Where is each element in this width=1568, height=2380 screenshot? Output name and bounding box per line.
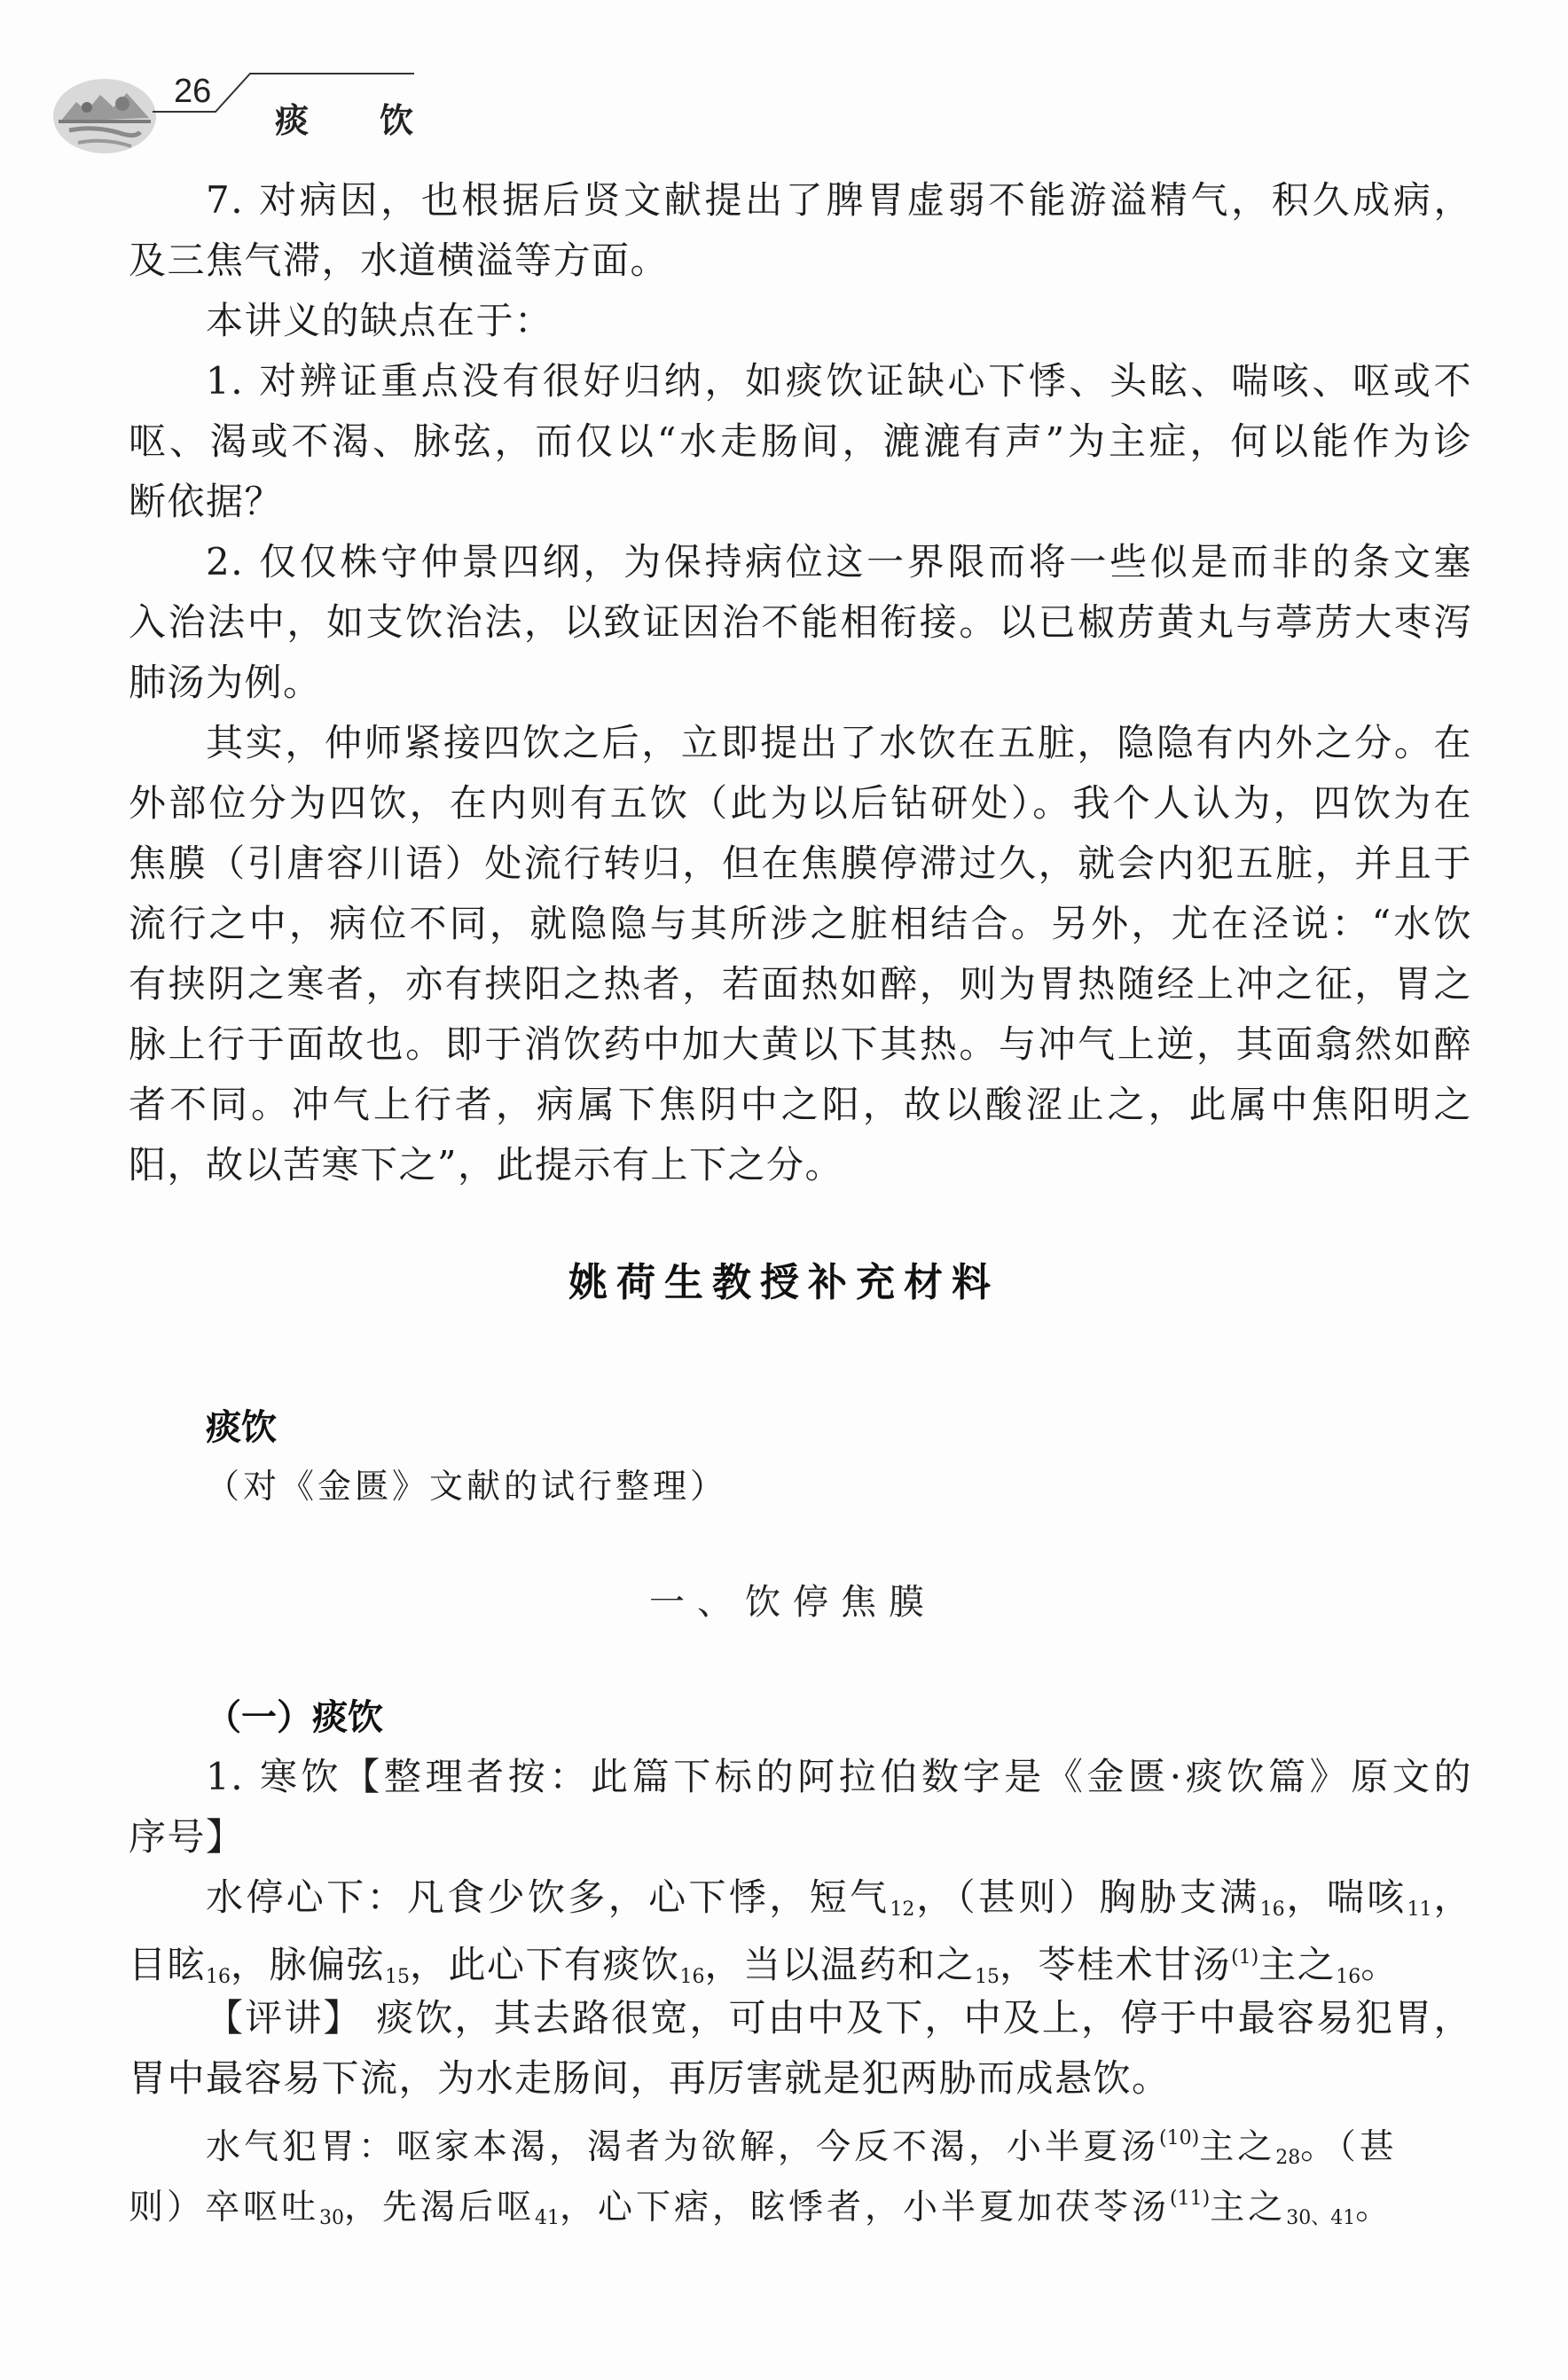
header-rule [0, 0, 532, 177]
page-number: 26 [174, 73, 211, 111]
para-actually-line-5: 有挟阴之寒者，亦有挟阳之热者，若面热如醉，则为胃热随经上冲之征，胃之 [129, 961, 1472, 1007]
shortcomings-intro: 本讲义的缺点在于： [206, 298, 553, 344]
book-page: 26 痰饮 7. 对病因，也根据后贤文献提出了脾胃虚弱不能游溢精气，积久成病， … [0, 0, 1568, 2380]
water-below-heart-line-1: 水停心下：凡食少饮多，心下悸，短气12，（甚则）胸胁支满16，喘咳11， [206, 1875, 1472, 1933]
para-actually-line-2: 外部位分为四饮，在内则有五饮（此为以后钻研处）。我个人认为，四饮为在 [129, 780, 1472, 826]
section-title: 姚荷生教授补充材料 [0, 1250, 1568, 1307]
item-1-line-2: 呕、渴或不渴、脉弦，而仅以“水走肠间，漉漉有声”为主症，何以能作为诊 [129, 419, 1472, 465]
item-2-line-3: 肺汤为例。 [129, 660, 322, 706]
para-7-line-2: 及三焦气滞，水道横溢等方面。 [129, 238, 669, 284]
commentary-line-1: 【评讲】 痰饮，其去路很宽，可由中及下，中及上，停于中最容易犯胃， [206, 1995, 1472, 2041]
item-1-line-1: 1. 对辨证重点没有很好归纳，如痰饮证缺心下悸、头眩、喘咳、呕或不 [206, 358, 1472, 404]
water-invades-stomach-line-1: 水气犯胃：呕家本渴，渴者为欲解，今反不渴，小半夏汤(10)主之28。（甚 [206, 2116, 1398, 2181]
item-2-line-2: 入治法中，如支饮治法，以致证因治不能相衔接。以已椒苈黄丸与葶苈大枣泻 [129, 599, 1472, 646]
running-head-char-2: 饮 [380, 93, 413, 142]
para-7-line-1: 7. 对病因，也根据后贤文献提出了脾胃虚弱不能游溢精气，积久成病， [206, 177, 1472, 223]
item-1-line-3: 断依据？ [129, 479, 283, 525]
water-below-heart-line-2: 目眩16，脉偏弦15，此心下有痰饮16，当以温药和之15，苓桂术甘汤(1)主之1… [129, 1935, 1399, 2000]
para-actually-line-6: 脉上行于面故也。即于消饮药中加大黄以下其热。与冲气上逆，其面翕然如醉 [129, 1022, 1472, 1068]
para-actually-line-7: 者不同。冲气上行者，病属下焦阴中之阳，故以酸涩止之，此属中焦阳明之 [129, 1082, 1472, 1128]
para-actually-line-8: 阳，故以苦寒下之”，此提示有上下之分。 [129, 1142, 843, 1188]
para-actually-line-1: 其实，仲师紧接四饮之后，立即提出了水饮在五脏，隐隐有内外之分。在 [206, 720, 1472, 766]
water-invades-stomach-line-2: 则）卒呕吐30，先渴后呕41，心下痞，眩悸者，小半夏加茯苓汤(11)主之30、4… [129, 2176, 1393, 2242]
running-head-char-1: 痰 [275, 93, 309, 142]
topic-title: 痰饮 [206, 1399, 277, 1450]
para-actually-line-4: 流行之中，病位不同，就隐隐与其所涉之脏相结合。另外，尤在泾说：“水饮 [129, 901, 1472, 947]
para-actually-line-3: 焦膜（引唐容川语）处流行转归，但在焦膜停滞过久，就会内犯五脏，并且于 [129, 841, 1472, 887]
item-2-line-1: 2. 仅仅株守仲景四纲，为保持病位这一界限而将一些似是而非的条文塞 [206, 539, 1472, 585]
running-head: 痰饮 [275, 93, 413, 142]
topic-note: （对《金匮》文献的试行整理） [206, 1459, 727, 1507]
cold-fluid-line-1: 1. 寒饮【整理者按：此篇下标的阿拉伯数字是《金匮·痰饮篇》原文的 [206, 1754, 1472, 1800]
subsection-heading: （一）痰饮 [206, 1689, 383, 1740]
cold-fluid-line-2: 序号】 [129, 1814, 245, 1860]
chapter-heading: 一、饮停焦膜 [0, 1574, 1568, 1625]
commentary-line-2: 胃中最容易下流，为水走肠间，再厉害就是犯两胁而成悬饮。 [129, 2055, 1171, 2102]
